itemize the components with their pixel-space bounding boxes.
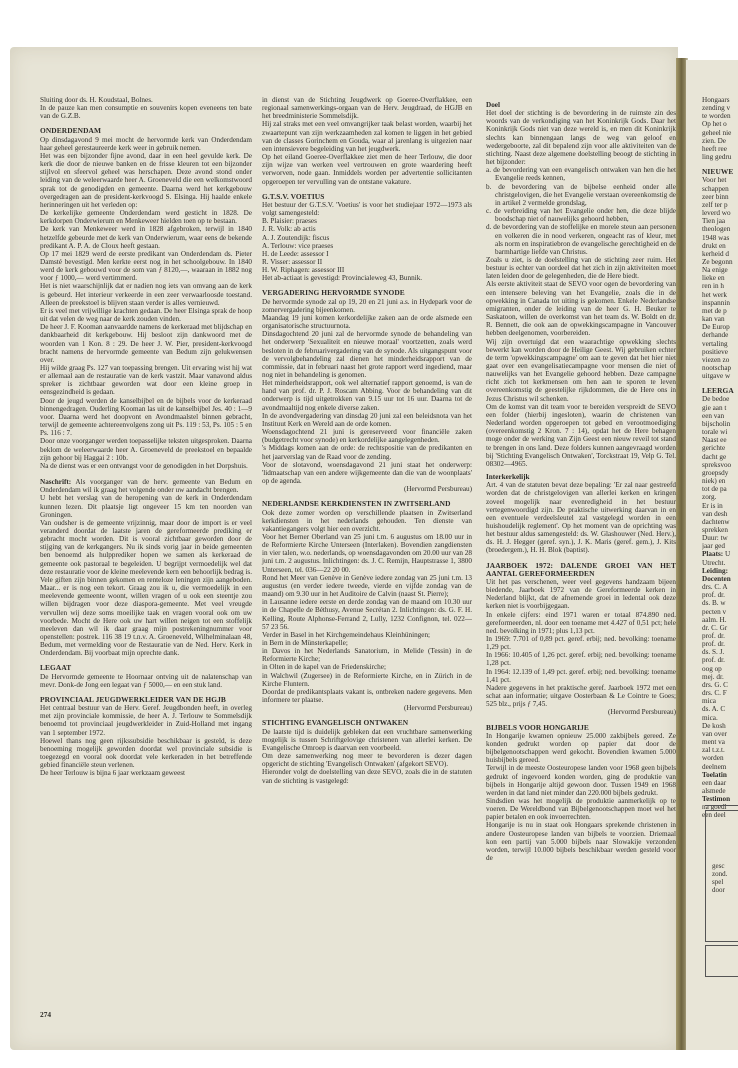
paragraph: te worden: [702, 112, 738, 120]
paragraph: Hoewel thans nog geen rijkssubsidie besc…: [40, 737, 252, 770]
paragraph: Sluiting door ds. H. Koudstaal, Bolnes.: [40, 96, 252, 104]
paragraph: In 1969: 7.701 of 0,89 pct. geref. erbij…: [486, 635, 676, 651]
boxed-ad-line: spel: [712, 878, 727, 886]
paragraph: theologen: [702, 225, 738, 233]
paragraph: drukt en: [702, 242, 738, 250]
section-heading: NEDERLANDSE KERKDIENSTEN IN ZWITSERLAND: [262, 500, 472, 508]
paragraph: De kosh: [702, 722, 738, 730]
paragraph: alsmede: [702, 787, 738, 795]
paragraph: tot de pa: [702, 485, 738, 493]
paragraph: Rond het Meer van Genève in Genève ieder…: [262, 574, 472, 598]
paragraph: prof. dr.: [702, 591, 738, 599]
paragraph: schappen: [702, 185, 738, 193]
paragraph: Toelatin: [702, 771, 738, 779]
paragraph: Voor het Berner Oberland van 25 juni t.m…: [262, 533, 472, 574]
byline: (Hervormd Persbureau): [486, 708, 676, 716]
paragraph: H. de Leede: assessor I: [262, 250, 472, 258]
paragraph: in Walchwil (Zugersee) in de Reformierte…: [262, 672, 472, 688]
paragraph: De kerkelijke gemeente Onderdendam werd …: [40, 209, 252, 225]
paragraph: Hieronder volgt de doelstelling van deze…: [262, 768, 472, 784]
paragraph: Utrecht.: [702, 559, 738, 567]
lead-label: Docenten: [702, 575, 731, 583]
paragraph: Van oudsher is de gemeente vrijzinnig, m…: [40, 519, 252, 658]
paragraph: torale wi: [702, 428, 738, 436]
paragraph: ment va: [702, 738, 738, 746]
boxed-ad-line: zond.: [712, 870, 727, 878]
paragraph: pecten v: [702, 608, 738, 616]
paragraph: Naast ee: [702, 436, 738, 444]
paragraph: jaar ged: [702, 542, 738, 550]
paragraph: deelnem: [702, 763, 738, 771]
boxed-advertisement-small: [705, 945, 738, 977]
paragraph: mica.: [702, 714, 738, 722]
paragraph: Als eerste aktiviteit staat de SEVO voor…: [486, 280, 676, 337]
section-heading: G.T.S.V. VOETIUS: [262, 193, 472, 201]
article-column-1: Sluiting door ds. H. Koudstaal, Bolnes.I…: [40, 96, 252, 778]
paragraph: geheel nie: [702, 129, 738, 137]
page-number: 274: [40, 1010, 51, 1019]
paragraph: inspannin: [702, 299, 738, 307]
lead-label: Plaats:: [702, 550, 723, 558]
paragraph: A. J. Zoutendijk: fiscus: [262, 234, 472, 242]
paragraph: kerheid d: [702, 250, 738, 258]
paragraph: Zoals u ziet, is de doelstelling van de …: [486, 256, 676, 280]
paragraph: Hongaars: [702, 96, 738, 104]
list-item: b. de bevordering van de bijbelse eenhei…: [486, 183, 676, 207]
paragraph: dacht ge: [702, 453, 738, 461]
article-column-3: DoelHet doel der stichting is de bevorde…: [486, 96, 676, 862]
paragraph: Het was een bijzonder fijne avond, daar …: [40, 152, 252, 209]
paragraph: drs. G. C: [702, 681, 738, 689]
subheading: Doel: [486, 101, 676, 109]
paragraph: In de pauze kan men consumptie en souven…: [40, 104, 252, 120]
paragraph: De bedoe: [702, 395, 738, 403]
paragraph: Door onze voorganger werden toepasselijk…: [40, 437, 252, 461]
paragraph: ren in h: [702, 282, 738, 290]
byline: (Hervormd Persbureau): [262, 704, 472, 712]
paragraph: zeer binn: [702, 193, 738, 201]
section-heading: PROVINCIAAL JEUGDWERKLEIDER VAN DE HGJB: [40, 696, 252, 704]
paragraph: vertaling: [702, 340, 738, 348]
paragraph: Hongarije is nu in staat ook Hongaars sp…: [486, 821, 676, 862]
paragraph: dachtenw: [702, 518, 738, 526]
paragraph: ling gedru: [702, 153, 738, 161]
section-heading: NIEUWE: [702, 168, 738, 176]
section-heading: BIJBELS VOOR HONGARIJE: [486, 724, 676, 732]
paragraph: Na enige: [702, 266, 738, 274]
paragraph: kan van: [702, 315, 738, 323]
divider-rule: [705, 805, 738, 806]
paragraph: Naschrift: Als voorganger van de herv. g…: [40, 478, 252, 494]
paragraph: De heer Terlouw is bijna 6 jaar werkzaam…: [40, 769, 252, 777]
paragraph: in Bern in de Münsterkapelle;: [262, 639, 472, 647]
paragraph: R. Visser: assessor II: [262, 258, 472, 266]
paragraph: In de avondvergadering van dinsdag 20 ju…: [262, 412, 472, 428]
paragraph: spreksvoo: [702, 461, 738, 469]
paragraph: mica: [702, 697, 738, 705]
paragraph: een daar: [702, 779, 738, 787]
lead-label: Naschrift:: [40, 478, 71, 486]
paragraph: Duur: tw: [702, 534, 738, 542]
paragraph: Er is in: [702, 502, 738, 510]
list-item: a. de bevordering van een evangelisch on…: [486, 166, 676, 182]
paragraph: Om deze samenwerking nog meer te bevorde…: [262, 752, 472, 768]
paragraph: Op het o: [702, 120, 738, 128]
paragraph: zien. De: [702, 137, 738, 145]
paragraph: prof. dr.: [702, 640, 738, 648]
paragraph: Na de dienst was er een ontvangst voor d…: [40, 462, 252, 470]
paragraph: Art. 4 van de statuten bevat deze bepali…: [486, 481, 676, 554]
paragraph: van desh: [702, 510, 738, 518]
paragraph: prof. dr.: [702, 656, 738, 664]
paragraph: De Hervormde gemeente te Hoornaar ontvin…: [40, 673, 252, 689]
article-column-2: in dienst van de Stichting Jeugdwerk op …: [262, 96, 472, 785]
lead-label: Toelatin: [702, 771, 727, 779]
paragraph: Wij zijn overtuigd dat een waarachtige o…: [486, 338, 676, 403]
paragraph: in Lausanne iedere eerste en derde zonda…: [262, 598, 472, 631]
paragraph: Het minderheidsrapport, ook wel alternat…: [262, 379, 472, 412]
paragraph: groepsdy: [702, 469, 738, 477]
paragraph: Tien jaa: [702, 217, 738, 225]
paragraph: in dienst van de Stichting Jeugdwerk op …: [262, 96, 472, 120]
paragraph: worden: [702, 754, 738, 762]
paragraph: Het centraal bestuur van de Herv. Geref.…: [40, 704, 252, 737]
paragraph: derhande: [702, 331, 738, 339]
paragraph: Nadere gegevens in het praktische geref.…: [486, 684, 676, 708]
paragraph: uitgave w: [702, 372, 738, 380]
paragraph: 1948 was: [702, 234, 738, 242]
lead-label: Testimon: [702, 795, 730, 803]
section-heading: VERGADERING HERVORMDE SYNODE: [262, 289, 472, 297]
paragraph: Terwijl in de meeste Oosteuropese landen…: [486, 764, 676, 797]
paragraph: Ze begonn: [702, 258, 738, 266]
paragraph: aalm. H.: [702, 616, 738, 624]
paragraph: De heer J. F. Kooman aanvaardde namens d…: [40, 323, 252, 364]
paragraph: leverd wo: [702, 209, 738, 217]
paragraph: lieke en: [702, 274, 738, 282]
paragraph: Doordat de predikantsplaats vakant is, o…: [262, 688, 472, 704]
boxed-ad-line: door: [712, 886, 727, 894]
section-heading: JAARBOEK 1972: DALENDE GROEI VAN HET AAN…: [486, 562, 676, 578]
paragraph: niek) en: [702, 477, 738, 485]
paragraph: oog op: [702, 665, 738, 673]
subheading: Interkerkelijk: [486, 473, 676, 481]
paragraph: sprekken: [702, 526, 738, 534]
paragraph: B. Plaisier: praeses: [262, 217, 472, 225]
paragraph: drs. C. F: [702, 689, 738, 697]
paragraph: Er is veel met vrijwillige krachten geda…: [40, 307, 252, 323]
paragraph: mej. dr.: [702, 673, 738, 681]
byline: (Hervormd Persbureau): [262, 485, 472, 493]
paragraph: drs. C. A: [702, 583, 738, 591]
boxed-ad-line: gesc: [712, 862, 727, 870]
paragraph: bijscholin: [702, 420, 738, 428]
paragraph: viezen zo: [702, 356, 738, 364]
paragraph: met de p: [702, 307, 738, 315]
paragraph: Ook deze zomer worden op verschillende p…: [262, 509, 472, 533]
paragraph: gerichte: [702, 444, 738, 452]
paragraph: Hij wilde graag Ps. 127 van toepassing b…: [40, 364, 252, 397]
paragraph: H. W. Riphagen: assessor III: [262, 266, 472, 274]
paragraph: Testimon: [702, 795, 738, 803]
paragraph: Maandag 19 juni komen kerkordelijke zake…: [262, 314, 472, 330]
paragraph: In 1964: 12.139 of 1,49 pct. geref. erbi…: [486, 668, 676, 684]
paragraph: Woensdagochtend 21 juni is gereserveerd …: [262, 428, 472, 444]
paragraph: positieve: [702, 348, 738, 356]
paragraph: Hij zal straks met een veel omvangrijker…: [262, 120, 472, 153]
article-column-4-partial: Hongaarszending vte wordenOp het ogeheel…: [702, 96, 738, 820]
paragraph: ds. B. w: [702, 599, 738, 607]
paragraph: heeft ree: [702, 145, 738, 153]
section-heading: ONDERDENDAM: [40, 127, 252, 135]
paragraph: een van: [702, 412, 738, 420]
paragraph: zorg.: [702, 493, 738, 501]
paragraph: 's Middags komen aan de orde: de rechtsp…: [262, 444, 472, 460]
paragraph: gie aan t: [702, 404, 738, 412]
paragraph: prof. dr.: [702, 632, 738, 640]
paragraph: A. Terlouw: vice praeses: [262, 242, 472, 250]
paragraph: Voor de slotavond, woensdagavond 21 juni…: [262, 461, 472, 485]
paragraph: Het is niet waarschijnlijk dat er nadien…: [40, 282, 252, 306]
paragraph: De Europ: [702, 323, 738, 331]
paragraph: in Davos in het Nederlands Sanatorium, i…: [262, 647, 472, 663]
paragraph: Op 17 mei 1829 werd de eerste predikant …: [40, 250, 252, 283]
section-heading: STICHTING EVANGELISCH ONTWAKEN: [262, 719, 472, 727]
boxed-ad-text: gesczond.speldoor: [712, 862, 727, 894]
paragraph: J. R. Volk: ab actis: [262, 225, 472, 233]
paragraph: dr. C. Gr: [702, 624, 738, 632]
paragraph: Het doel der stichting is de bevordering…: [486, 109, 676, 166]
paragraph: In enkele cijfers: eind 1971 waren er to…: [486, 611, 676, 635]
paragraph: Plaats: U: [702, 550, 738, 558]
section-heading: LEGAAT: [40, 664, 252, 672]
paragraph: het werk: [702, 291, 738, 299]
paragraph: Op het eiland Goeree-Overflakkee ziet me…: [262, 153, 472, 186]
paragraph: De hervormde synode zal op 19, 20 en 21 …: [262, 298, 472, 314]
paragraph: van over: [702, 730, 738, 738]
paragraph: Docenten: [702, 575, 738, 583]
paragraph: in Olten in de kapel van de Friedenskirc…: [262, 663, 472, 671]
paragraph: zal t.z.t.: [702, 746, 738, 754]
paragraph: Het bestuur der G.T.S.V. 'Voetius' is vo…: [262, 201, 472, 217]
paragraph: De kerk van Menkeweer werd in 1828 afgeb…: [40, 225, 252, 249]
paragraph: Het ab-actiaat is gevestigd: Provinciale…: [262, 274, 472, 282]
paragraph: ds. S. J.: [702, 648, 738, 656]
paragraph: U hebt het verslag van de heropening van…: [40, 494, 252, 518]
paragraph: zending v: [702, 104, 738, 112]
paragraph: Voor het: [702, 176, 738, 184]
paragraph: ds. A. C: [702, 705, 738, 713]
paragraph: Verder in Basel in het Kirchgemeindehaus…: [262, 631, 472, 639]
list-item: c. de verbreiding van het Evangelie onde…: [486, 207, 676, 223]
paragraph: zelf ter p: [702, 201, 738, 209]
paragraph: Leiding:: [702, 567, 738, 575]
list-item: d. de bevordering van de stoffelijke en …: [486, 223, 676, 256]
section-heading: LEERGA: [702, 387, 738, 395]
paragraph: Door de jeugd werden de kanselbijbel en …: [40, 397, 252, 438]
paragraph: Uit het pas verschenen, weer veel gegeve…: [486, 578, 676, 611]
paragraph: In 1966: 10.405 of 1,26 pct. geref. erbi…: [486, 651, 676, 667]
paragraph: De laatste tijd is duidelijk gebleken da…: [262, 728, 472, 752]
paragraph: Sindsdien was het mogelijk de produktie …: [486, 797, 676, 821]
paragraph: nootschap: [702, 364, 738, 372]
paragraph: Op dinsdagavond 9 mei mocht de hervormde…: [40, 136, 252, 152]
paragraph: Om de komst van dit team voor te bereide…: [486, 403, 676, 468]
lead-label: Leiding:: [702, 567, 728, 575]
paragraph: In Hongarije kwamen opnieuw 25.000 zakbi…: [486, 732, 676, 765]
paragraph: Dinsdagochtend 20 juni zal de hervormde …: [262, 330, 472, 379]
